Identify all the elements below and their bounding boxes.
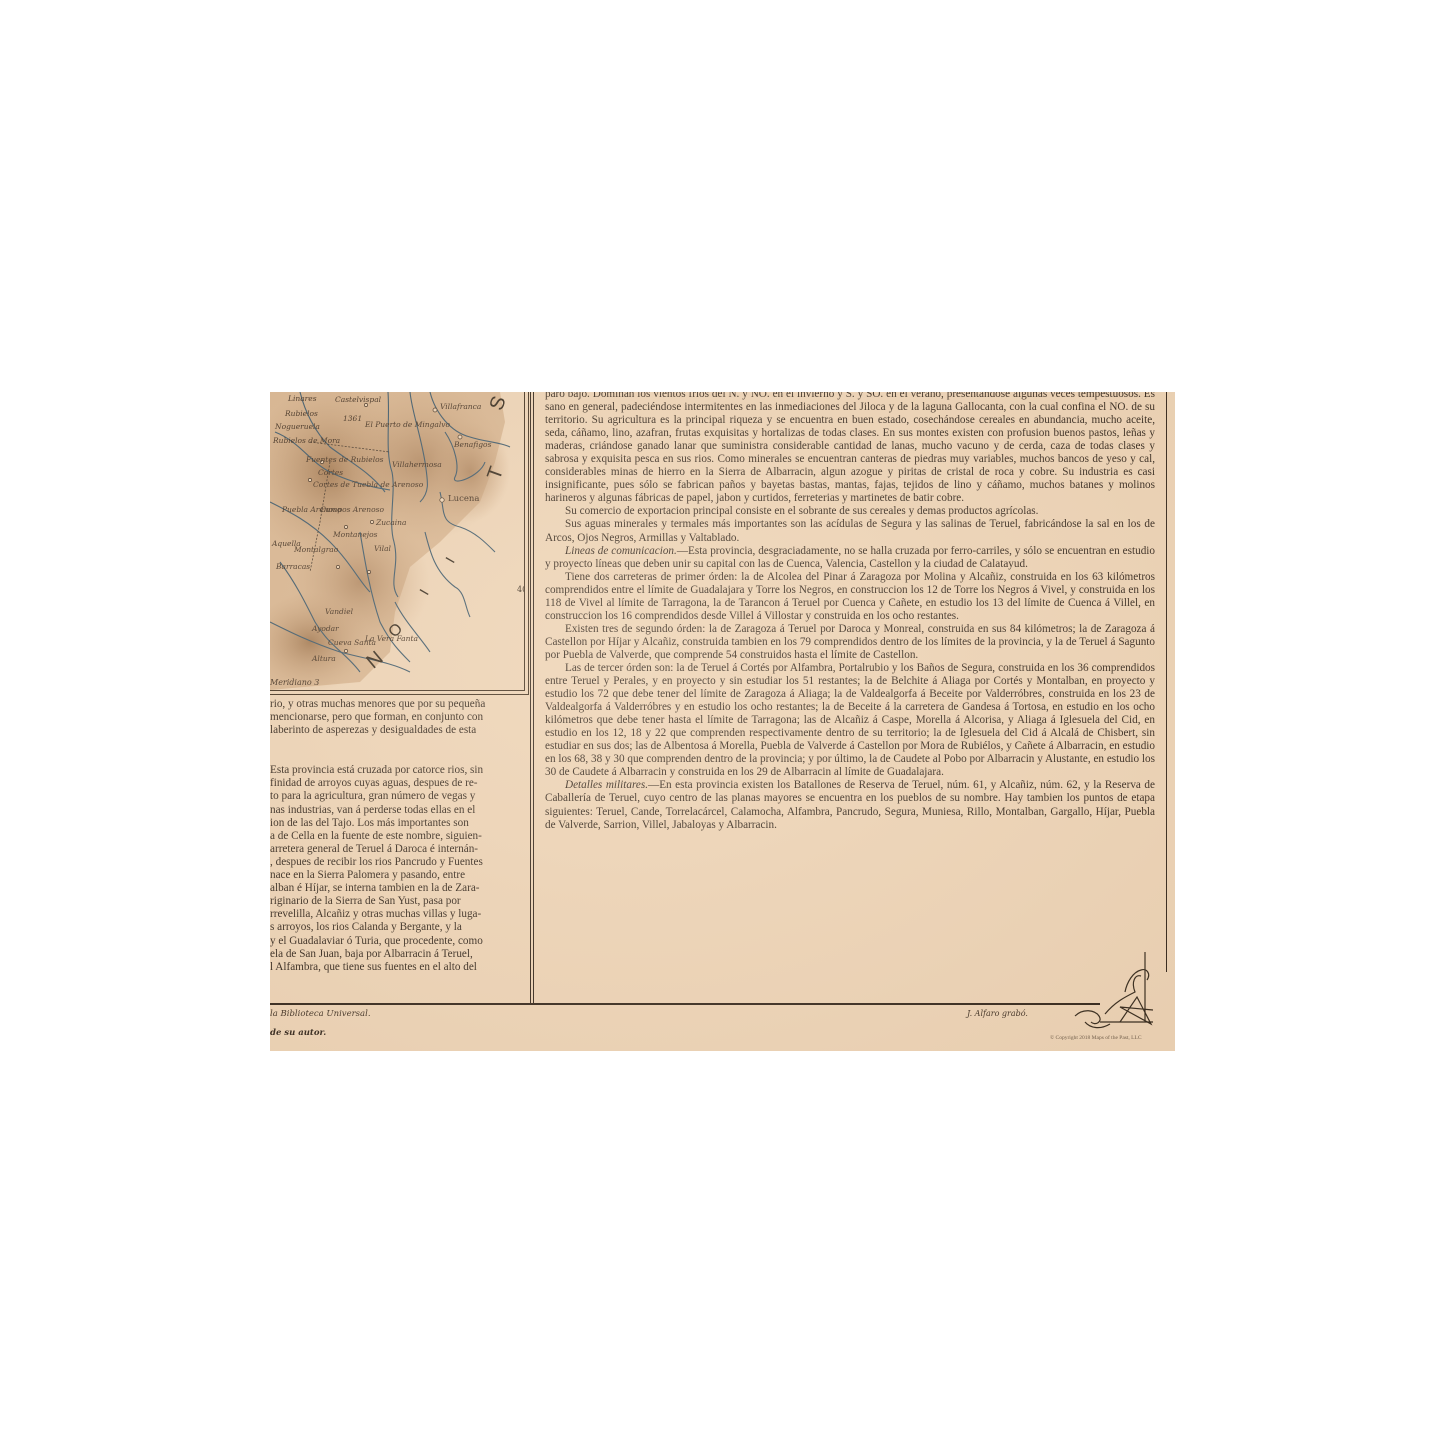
text-line: arretera general de Teruel á Daroca é in… xyxy=(270,843,528,856)
paragraph-third-order-roads: Las de tercer órden son: la de Teruel á … xyxy=(545,662,1155,779)
column-rule xyxy=(530,392,531,1004)
paragraph-commerce: Su comercio de exportacion principal con… xyxy=(545,505,1155,518)
map-label: Villahermosa xyxy=(392,460,442,469)
map-inset: Linares Castelvispal Rubielos Nogueruela… xyxy=(270,392,529,695)
section-heading: Lineas de comunicacion. xyxy=(565,545,677,557)
meridian-label: Meridiano 3 xyxy=(270,678,319,687)
engraver-credit: J. Alfaro grabó. xyxy=(967,1009,1028,1018)
text-line: laberinto de asperezas y desigualdades d… xyxy=(270,724,528,737)
text-line: rio, y otras muchas menores que por su p… xyxy=(270,698,528,711)
text-line: , despues de recibir los rios Pancrudo y… xyxy=(270,856,528,869)
map-label: Altura xyxy=(312,654,336,663)
map-label: Campos Arenoso xyxy=(320,505,384,514)
text-line: riginario de la Sierra de San Yust, pasa… xyxy=(270,895,528,908)
rights-notice: de su autor. xyxy=(270,1028,326,1038)
text-line: alban é Híjar, se interna tambien en la … xyxy=(270,882,528,895)
map-label: Vandiel xyxy=(325,607,353,616)
text-line: l Alfambra, que tiene sus fuentes en el … xyxy=(270,961,528,974)
paragraph-mineral-waters: Sus aguas minerales y termales más impor… xyxy=(545,518,1155,544)
map-label: Villafranca xyxy=(440,402,481,411)
text-line: rrevelilla, Alcañiz y otras muchas villa… xyxy=(270,908,528,921)
frame-rule xyxy=(1166,392,1167,972)
paragraph-climate: paro bajo. Dominan los vientos frios del… xyxy=(545,392,1155,505)
map-sheet: Linares Castelvispal Rubielos Nogueruela… xyxy=(270,392,1175,1051)
publisher-credit: la Biblioteca Universal. xyxy=(270,1009,371,1019)
column-rule xyxy=(533,392,534,1004)
text-line: a de Cella en la fuente de este nombre, … xyxy=(270,830,528,843)
right-text-column: paro bajo. Dominan los vientos frios del… xyxy=(545,392,1155,832)
paragraph-first-order-roads: Tiene dos carreteras de primer órden: la… xyxy=(545,571,1155,623)
latitude-label: 40 xyxy=(517,585,525,594)
map-label: 1361 xyxy=(343,414,362,423)
map-label: Castelvispal xyxy=(335,395,381,404)
map-label: Linares xyxy=(288,394,317,403)
text-line: y el Guadalaviar ó Turia, que procedente… xyxy=(270,935,528,948)
map-label: Ayodar xyxy=(312,624,339,633)
map-label: Benafigos xyxy=(454,440,491,449)
text-line: nace en la Sierra Palomera y pasando, en… xyxy=(270,869,528,882)
text-line: s arroyos, los rios Calanda y Bergante, … xyxy=(270,921,528,934)
left-text-column: rio, y otras muchas menores que por su p… xyxy=(270,698,528,974)
map-label: Cortes de Tuebla de Arenoso xyxy=(313,480,423,489)
map-label: El Puerto de Mingalvo xyxy=(365,420,450,429)
map-label: Fuentes de Rubielos xyxy=(306,455,384,464)
text-line: to para la agricultura, gran número de v… xyxy=(270,790,528,803)
map-label: Montalgrao xyxy=(294,545,338,554)
copyright-notice: © Copyright 2018 Maps of the Past, LLC xyxy=(1050,1035,1142,1041)
map-label: Vilal xyxy=(374,544,391,553)
map-label: Rubielos xyxy=(285,409,318,418)
map-label: Nogueruela xyxy=(275,422,320,431)
text-line: nas industrias, van á perderse todas ell… xyxy=(270,804,528,817)
text-line: finidad de arroyos cuyas aguas, despues … xyxy=(270,777,528,790)
map-label: Cueva Santa xyxy=(328,638,376,647)
bottom-rule xyxy=(270,1003,1100,1005)
map-frame: Linares Castelvispal Rubielos Nogueruela… xyxy=(270,392,525,691)
text-line: Esta provincia está cruzada por catorce … xyxy=(270,764,528,777)
map-label: Barracas xyxy=(276,562,310,571)
paragraph-communications: Lineas de comunicacion.—Esta provincia, … xyxy=(545,545,1155,571)
map-label: Montanejos xyxy=(333,530,377,539)
map-label: Cortes xyxy=(318,468,343,477)
paragraph-military: Detalles militares.—En esta provincia ex… xyxy=(545,779,1155,831)
paragraph-second-order-roads: Existen tres de segundo órden: la de Zar… xyxy=(545,623,1155,662)
corner-ornament-icon xyxy=(1065,952,1155,1032)
map-label: Rubielos de Mora xyxy=(273,436,340,445)
text-line: mencionarse, pero que forman, en conjunt… xyxy=(270,711,528,724)
text-line: ion de las del Tajo. Los más importantes… xyxy=(270,817,528,830)
text-line: ela de San Juan, baja por Albarracin á T… xyxy=(270,948,528,961)
map-label: Zucaina xyxy=(376,518,406,527)
section-heading: Detalles militares. xyxy=(565,779,648,791)
map-label: Lucena xyxy=(448,494,479,504)
